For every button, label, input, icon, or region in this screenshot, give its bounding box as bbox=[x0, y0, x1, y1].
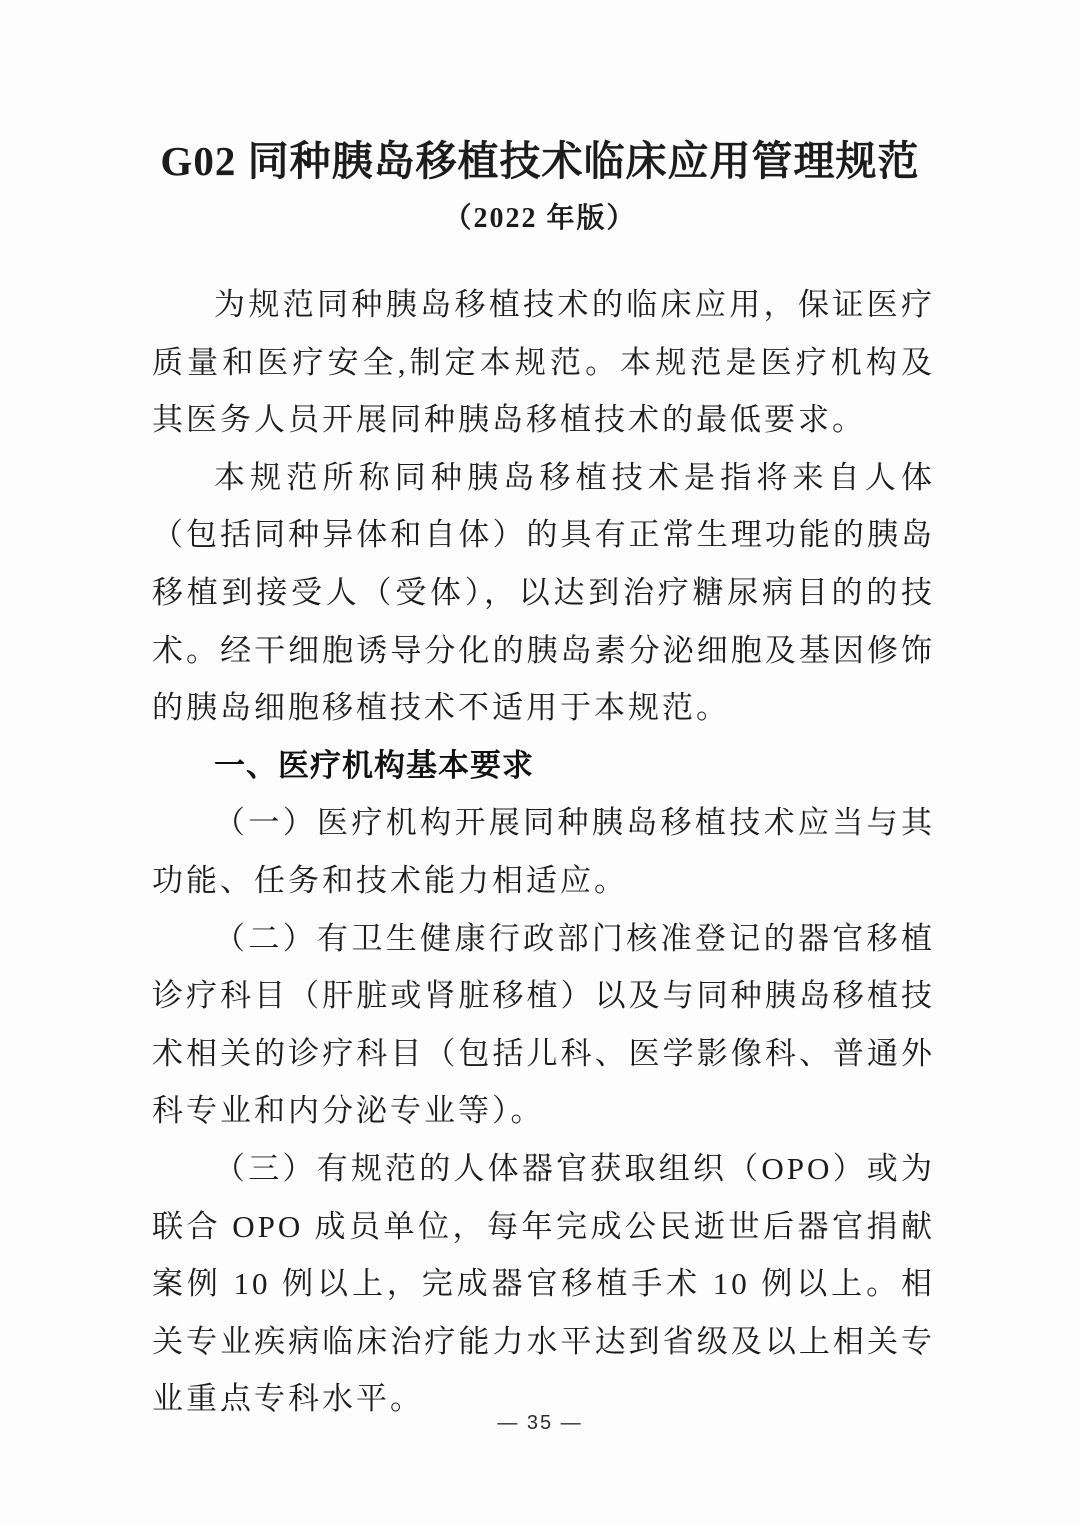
document-body: 为规范同种胰岛移植技术的临床应用，保证医疗质量和医疗安全,制定本规范。本规范是医… bbox=[152, 276, 935, 1428]
document-title: G02 同种胰岛移植技术临床应用管理规范 bbox=[0, 128, 1080, 187]
paragraph-item-1: （一）医疗机构开展同种胰岛移植技术应当与其功能、任务和技术能力相适应。 bbox=[152, 794, 935, 909]
paragraph-intro: 为规范同种胰岛移植技术的临床应用，保证医疗质量和医疗安全,制定本规范。本规范是医… bbox=[152, 276, 935, 449]
document-page: G02 同种胰岛移植技术临床应用管理规范 （2022 年版） 为规范同种胰岛移植… bbox=[0, 0, 1080, 1526]
paragraph-definition: 本规范所称同种胰岛移植技术是指将来自人体（包括同种异体和自体）的具有正常生理功能… bbox=[152, 449, 935, 737]
page-number: — 35 — bbox=[0, 1412, 1080, 1435]
section-heading-institution-requirements: 一、医疗机构基本要求 bbox=[152, 737, 935, 795]
paragraph-item-3: （三）有规范的人体器官获取组织（OPO）或为联合 OPO 成员单位，每年完成公民… bbox=[152, 1140, 935, 1428]
document-subtitle: （2022 年版） bbox=[0, 196, 1080, 236]
paragraph-item-2: （二）有卫生健康行政部门核准登记的器官移植诊疗科目（肝脏或肾脏移植）以及与同种胰… bbox=[152, 910, 935, 1140]
